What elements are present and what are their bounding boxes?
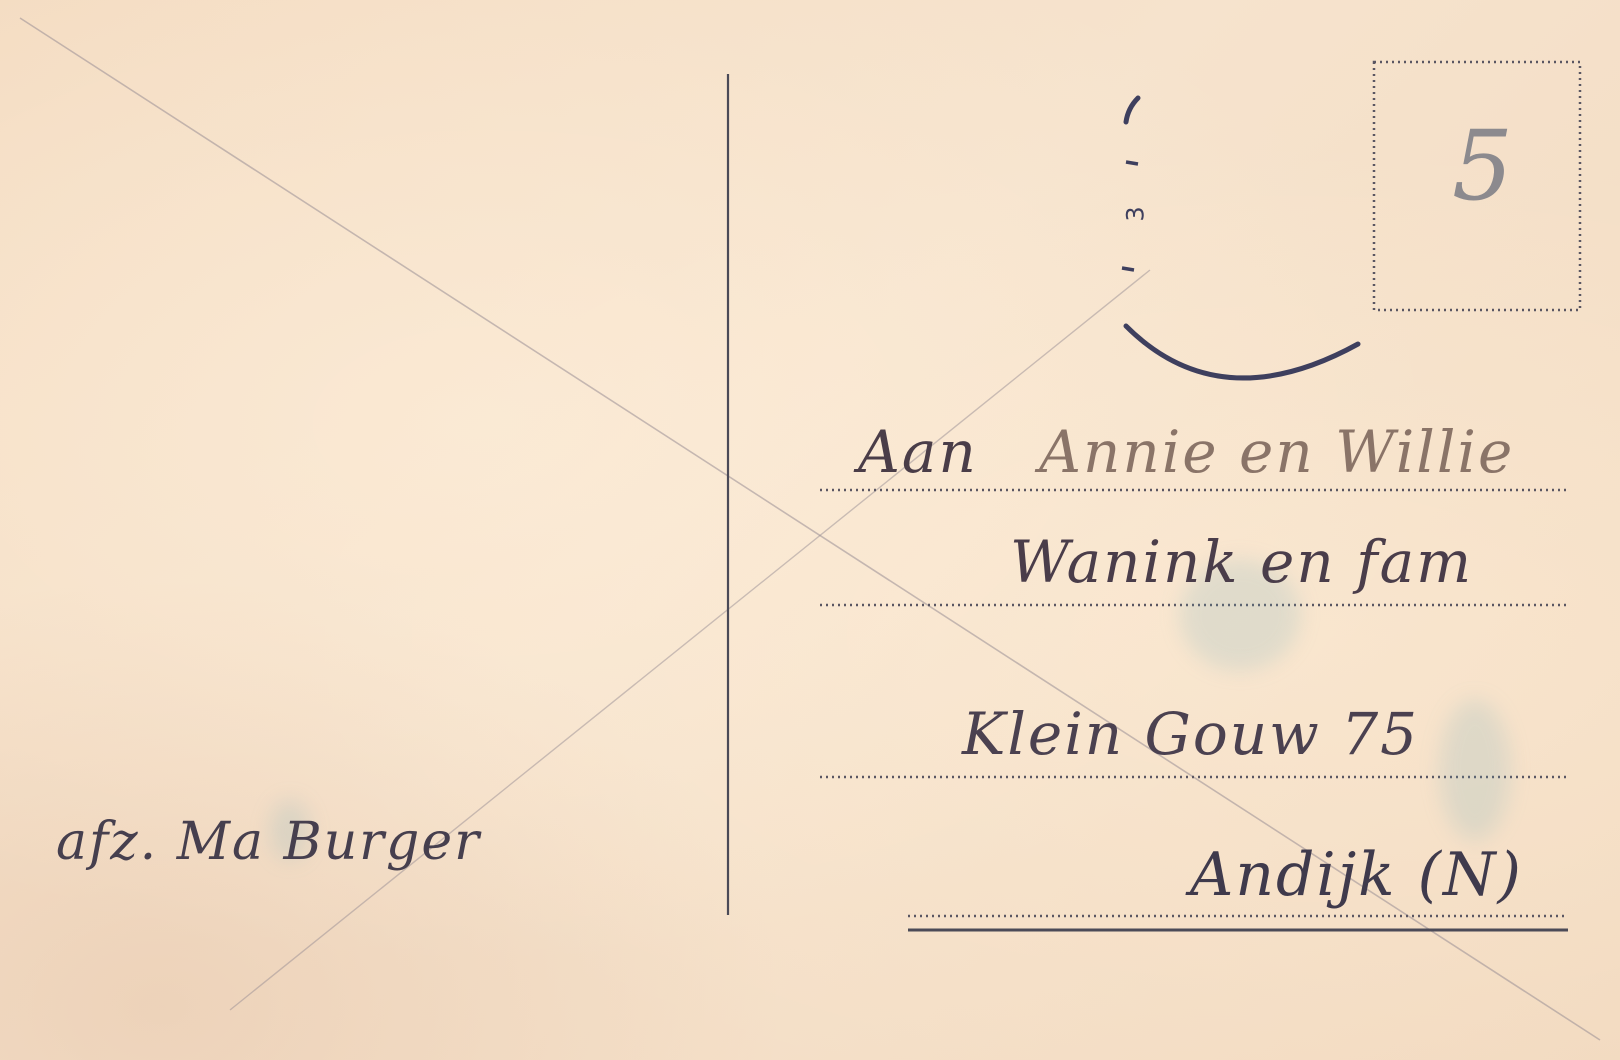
address-line-1: Aan Annie en Willie	[858, 418, 1514, 486]
address-prefix: Aan	[858, 418, 978, 486]
ink-stain	[1440, 700, 1510, 840]
postcard-back: 3 5 Aan Annie en Willie Wanink en fam Kl…	[0, 0, 1620, 1060]
postmark-digit: 3	[1122, 206, 1150, 221]
stamp-box-pencil-note: 5	[1452, 110, 1513, 222]
postmark-arc	[1126, 326, 1358, 378]
postmark-mark	[1122, 268, 1134, 270]
address-line-4: Andijk (N)	[1190, 840, 1523, 910]
sender-signature: afz. Ma Burger	[56, 812, 481, 872]
postmark-mark	[1126, 162, 1138, 164]
address-recipients: Annie en Willie	[1039, 418, 1514, 486]
postmark-arc	[1126, 98, 1138, 122]
address-line-2: Wanink en fam	[1010, 528, 1473, 596]
address-line-3: Klein Gouw 75	[962, 700, 1419, 768]
pencil-cross-line	[230, 270, 1150, 1010]
